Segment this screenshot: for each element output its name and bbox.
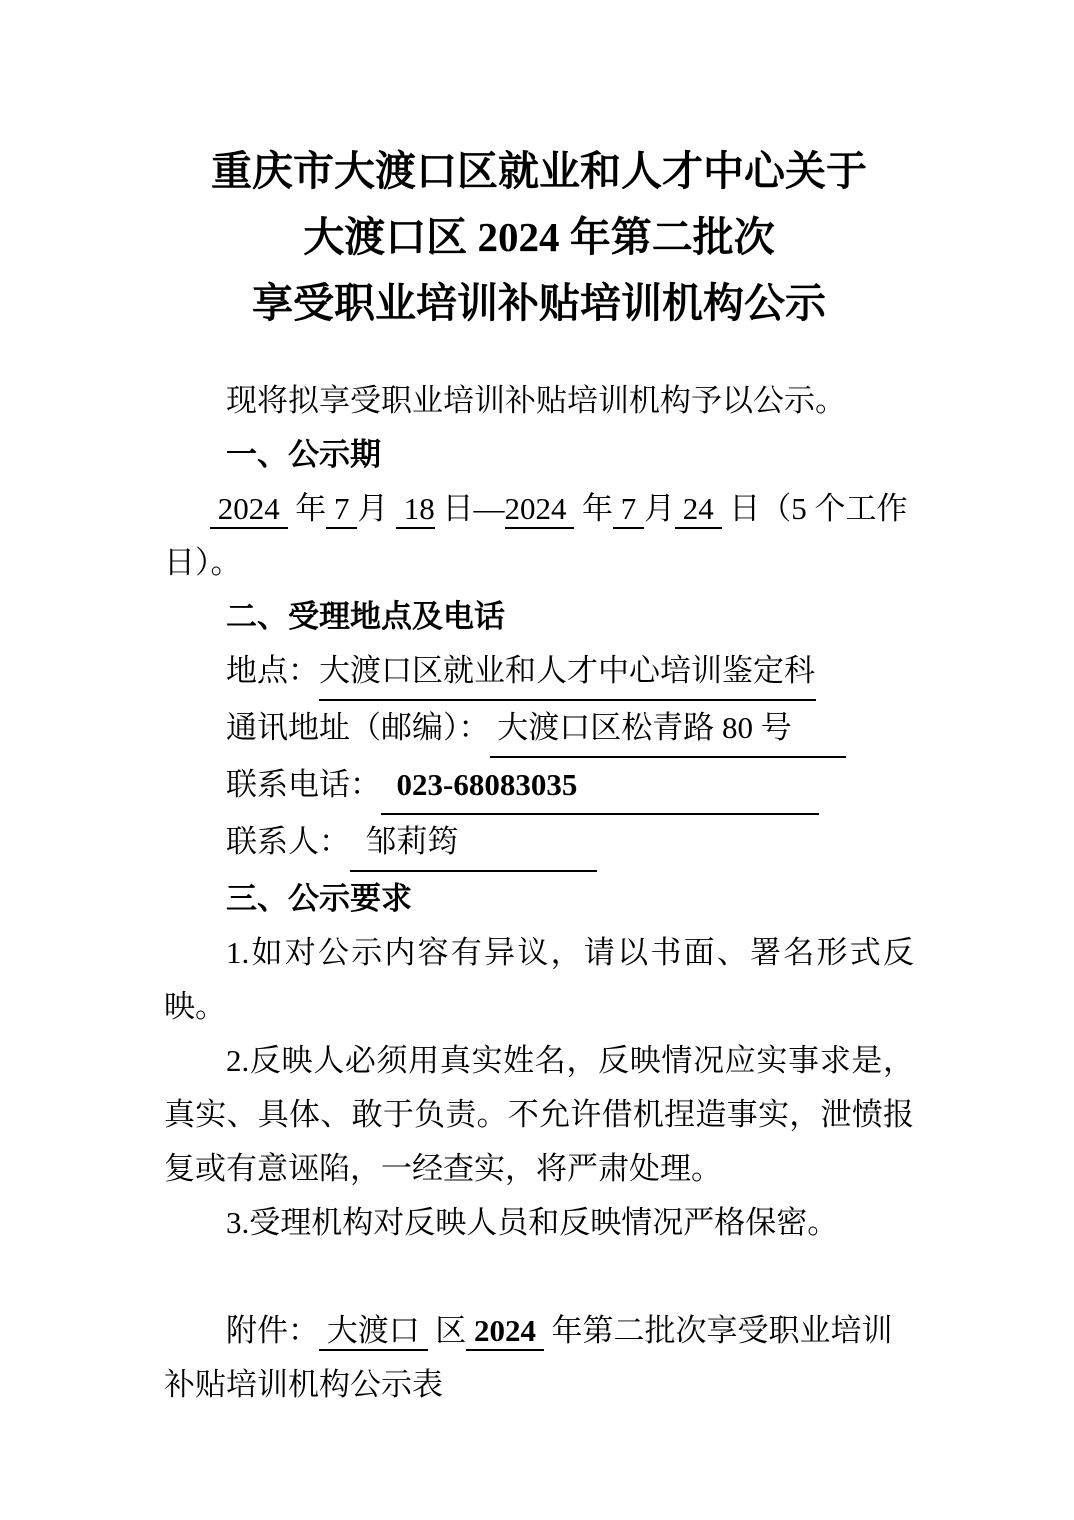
underlined-text-segment: 大渡口	[319, 1313, 428, 1351]
underlined-text-segment: 2024	[505, 491, 575, 529]
phone-value: 023-68083035	[381, 758, 819, 815]
title-line-1: 重庆市大渡口区就业和人才中心关于	[164, 138, 914, 204]
contact-person-label: 联系人：	[226, 824, 350, 859]
underlined-text-segment: 7	[613, 491, 644, 529]
underlined-text-segment: 2024	[466, 1313, 544, 1351]
title-line-2: 大渡口区 2024 年第二批次	[164, 204, 914, 270]
intro-paragraph: 现将拟享受职业培训补贴培训机构予以公示。	[164, 374, 914, 428]
attachment-paragraph: 附件： 大渡口 区 2024 年第二批次享受职业培训补贴培训机构公示表	[164, 1304, 914, 1412]
text-segment: 附件：	[226, 1313, 319, 1348]
contact-row-address: 通讯地址（邮编）： 大渡口区松青路 80 号	[164, 701, 914, 758]
contact-row-person: 联系人： 邹莉筠	[164, 815, 914, 872]
contact-row-phone: 联系电话： 023-68083035	[164, 758, 914, 815]
requirement-item-2: 2.反映人必须用真实姓名，反映情况应实事求是，真实、具体、敢于负责。不允许借机捏…	[164, 1034, 914, 1196]
section-3-heading: 三、公示要求	[164, 872, 914, 926]
address-value: 大渡口区松青路 80 号	[490, 701, 846, 758]
underlined-text-segment: 24	[675, 491, 722, 529]
text-segment: 区	[428, 1313, 467, 1348]
phone-label: 联系电话：	[226, 767, 381, 802]
section-1-heading: 一、公示期	[164, 428, 914, 482]
text-segment: 日—	[435, 491, 505, 526]
document-title: 重庆市大渡口区就业和人才中心关于 大渡口区 2024 年第二批次 享受职业培训补…	[164, 138, 914, 336]
title-line-3: 享受职业培训补贴培训机构公示	[164, 270, 914, 336]
location-label: 地点：	[226, 653, 319, 688]
contact-person-value: 邹莉筠	[350, 815, 597, 872]
underlined-text-segment: 2024	[210, 491, 288, 529]
document-content: 重庆市大渡口区就业和人才中心关于 大渡口区 2024 年第二批次 享受职业培训补…	[0, 0, 1074, 1412]
contact-row-location: 地点：大渡口区就业和人才中心培训鉴定科	[164, 644, 914, 701]
text-segment: 月	[357, 491, 396, 526]
publicity-period-line: 2024 年 7 月 18 日—2024 年 7 月 24 日（5 个工作日）。	[164, 482, 914, 590]
underlined-text-segment: 7	[326, 491, 357, 529]
section-2-heading: 二、受理地点及电话	[164, 590, 914, 644]
requirement-item-1: 1.如对公示内容有异议，请以书面、署名形式反映。	[164, 926, 914, 1034]
underlined-text-segment: 18	[396, 491, 435, 529]
text-segment: 年	[574, 491, 613, 526]
document-page: 重庆市大渡口区就业和人才中心关于 大渡口区 2024 年第二批次 享受职业培训补…	[0, 0, 1074, 1520]
requirement-item-3: 3.受理机构对反映人员和反映情况严格保密。	[164, 1196, 914, 1250]
document-body: 现将拟享受职业培训补贴培训机构予以公示。 一、公示期 2024 年 7 月 18…	[164, 374, 914, 1412]
location-value: 大渡口区就业和人才中心培训鉴定科	[319, 644, 816, 701]
address-label: 通讯地址（邮编）：	[226, 710, 490, 745]
text-segment: 年	[288, 491, 327, 526]
text-segment: 月	[644, 491, 675, 526]
